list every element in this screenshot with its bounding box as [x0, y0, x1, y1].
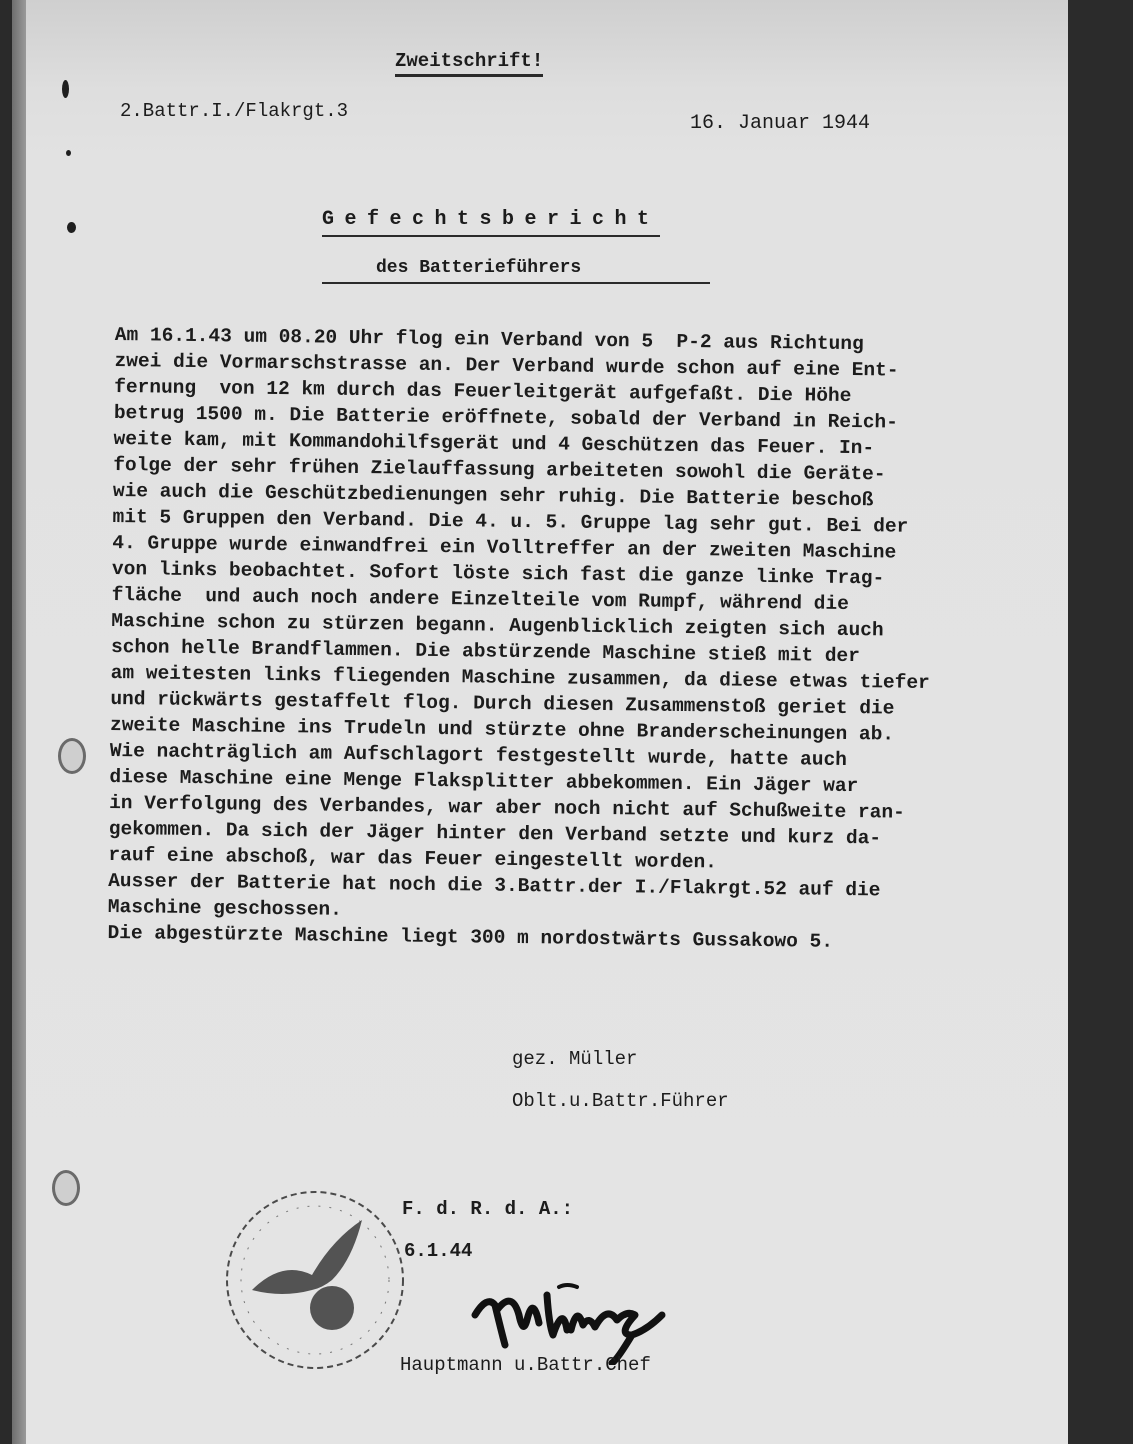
chief-title: Hauptmann u.Battr.Chef — [400, 1354, 651, 1376]
page-right-edge — [1068, 0, 1133, 1444]
punch-hole — [52, 1170, 80, 1206]
signed-name: gez. Müller — [512, 1048, 637, 1070]
official-stamp-icon — [222, 1180, 412, 1380]
copy-mark: Zweitschrift! — [395, 50, 543, 77]
ink-blot — [66, 150, 71, 156]
handwritten-signature-icon — [467, 1275, 687, 1365]
ink-blot — [67, 222, 76, 233]
page-left-edge — [12, 0, 26, 1444]
document-page: Zweitschrift! 2.Battr.I./Flakrgt.3 16. J… — [12, 0, 1068, 1444]
signer-rank: Oblt.u.Battr.Führer — [512, 1090, 729, 1112]
ink-blot — [62, 80, 69, 98]
punch-hole — [58, 738, 86, 774]
document-subtitle: des Batterieführers — [322, 258, 710, 284]
report-body: Am 16.1.43 um 08.20 Uhr flog ein Verband… — [107, 322, 1035, 957]
certification-date: 6.1.44 — [404, 1240, 472, 1262]
unit-designation: 2.Battr.I./Flakrgt.3 — [120, 100, 348, 122]
certification-label: F. d. R. d. A.: — [402, 1198, 573, 1220]
document-date: 16. Januar 1944 — [690, 112, 870, 135]
document-title: Gefechtsbericht — [322, 208, 660, 237]
